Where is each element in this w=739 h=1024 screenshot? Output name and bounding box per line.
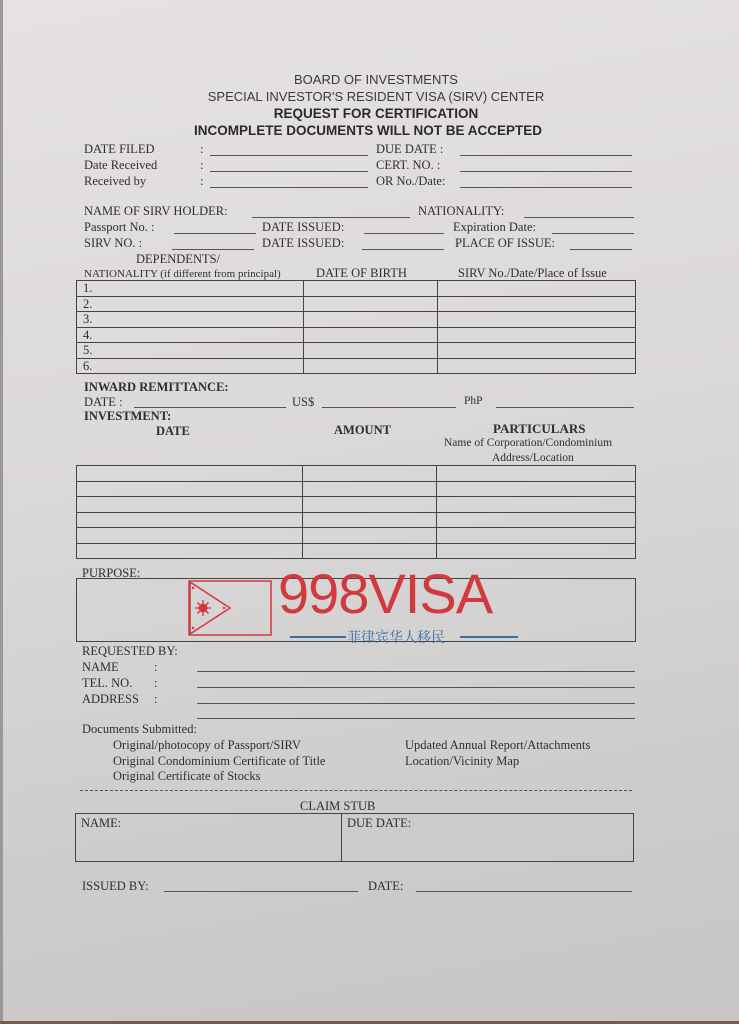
dependent-nationality-cell[interactable]: 3. [77,312,304,328]
requester-address-field-2[interactable] [197,718,635,719]
dependent-row: 5. [77,343,636,359]
dependent-dob-cell[interactable] [303,281,438,297]
requester-name-label: NAME [82,660,119,675]
investment-date-cell[interactable] [77,497,303,513]
dependents-col-sirv: SIRV No./Date/Place of Issue [458,266,607,281]
place-of-issue-label: PLACE OF ISSUE: [455,236,555,251]
investment-amount-cell[interactable] [302,466,437,482]
dependent-nationality-cell[interactable]: 6. [77,358,304,374]
dependent-dob-cell[interactable] [303,343,438,359]
dependent-row: 4. [77,327,636,343]
document-item: Original/photocopy of Passport/SIRV [113,738,301,753]
investment-amount-cell[interactable] [302,481,437,497]
nationality-field[interactable] [524,217,634,218]
paper-edge-left [0,0,3,1024]
form-title: REQUEST FOR CERTIFICATION [0,106,739,121]
investment-row [77,528,636,544]
claim-date-label: DATE: [368,879,403,894]
cert-no-label: CERT. NO. : [376,158,440,173]
agency-name: BOARD OF INVESTMENTS [0,72,739,87]
watermark-rule-right [460,636,518,638]
watermark-brand: 998VISA [278,562,492,626]
dependent-nationality-cell[interactable]: 2. [77,296,304,312]
investment-date-cell[interactable] [77,481,303,497]
nationality-label: NATIONALITY: [418,204,504,219]
investment-row [77,497,636,513]
usd-amount-field[interactable] [322,407,456,408]
investment-particulars-cell[interactable] [437,497,636,513]
requester-tel-field[interactable] [197,687,635,688]
place-of-issue-field[interactable] [570,249,632,250]
sirv-no-label: SIRV NO. : [84,236,142,251]
cert-no-field[interactable] [460,171,632,172]
dependents-heading: DEPENDENTS/ [136,252,220,267]
cut-line [80,790,632,791]
requester-tel-label: TEL. NO. [82,676,132,691]
dependent-sirv-cell[interactable] [438,343,636,359]
claim-name-label: NAME: [81,816,121,831]
requested-by-heading: REQUESTED BY: [82,644,178,659]
document-item: Location/Vicinity Map [405,754,519,769]
dependent-dob-cell[interactable] [303,296,438,312]
passport-date-issued-label: DATE ISSUED: [262,220,344,235]
dependent-dob-cell[interactable] [303,327,438,343]
dependent-sirv-cell[interactable] [438,312,636,328]
form-warning: INCOMPLETE DOCUMENTS WILL NOT BE ACCEPTE… [0,123,739,138]
sirv-date-issued-label: DATE ISSUED: [262,236,344,251]
watermark-subtitle: 菲律宾华人移民 [347,627,445,647]
date-received-field[interactable] [210,171,368,172]
investment-amount-cell[interactable] [302,528,437,544]
investment-row [77,543,636,559]
investment-particulars-cell[interactable] [437,466,636,482]
requester-address-label: ADDRESS [82,692,139,707]
sirv-date-issued-field[interactable] [362,249,444,250]
investment-date-cell[interactable] [77,543,303,559]
investment-date-cell[interactable] [77,512,303,528]
or-no-date-field[interactable] [460,187,632,188]
dependent-sirv-cell[interactable] [438,296,636,312]
philippine-flag-icon [188,580,274,638]
received-by-label: Received by [84,174,146,189]
document-item: Original Condominium Certificate of Titl… [113,754,325,769]
investment-date-cell[interactable] [77,466,303,482]
claim-stub-title: CLAIM STUB [300,799,375,814]
investment-row [77,512,636,528]
investment-amount-cell[interactable] [302,512,437,528]
investment-row [77,481,636,497]
claim-stub-divider [341,814,342,861]
dependent-nationality-cell[interactable]: 1. [77,281,304,297]
claim-date-field[interactable] [416,891,632,892]
remittance-date-label: DATE : [84,395,123,410]
passport-no-label: Passport No. : [84,220,155,235]
watermark-rule-left [290,636,346,638]
investment-particulars-cell[interactable] [437,481,636,497]
particulars-sub2: Address/Location [492,452,574,464]
investment-col-particulars: PARTICULARS [493,421,585,437]
investment-particulars-cell[interactable] [437,543,636,559]
documents-heading: Documents Submitted: [82,722,197,737]
document-item: Original Certificate of Stocks [113,769,261,784]
php-amount-field[interactable] [496,407,634,408]
investment-date-cell[interactable] [77,528,303,544]
dependent-sirv-cell[interactable] [438,327,636,343]
dependent-row: 2. [77,296,636,312]
colon: : [200,142,203,157]
investment-particulars-cell[interactable] [437,528,636,544]
due-date-label: DUE DATE : [376,142,443,157]
investment-particulars-cell[interactable] [437,512,636,528]
claim-due-date-label: DUE DATE: [347,816,411,831]
investment-col-date: DATE [156,424,190,439]
claim-stub-box: NAME: DUE DATE: [75,813,634,862]
colon: : [154,692,157,707]
issued-by-label: ISSUED BY: [82,879,149,894]
remittance-date-field[interactable] [134,407,286,408]
dependent-sirv-cell[interactable] [438,358,636,374]
dependent-dob-cell[interactable] [303,358,438,374]
date-filed-field[interactable] [210,155,368,156]
sirv-holder-name-label: NAME OF SIRV HOLDER: [84,204,228,219]
received-by-field[interactable] [210,187,368,188]
expiration-date-label: Expiration Date: [453,220,536,235]
dependents-col-nationality: NATIONALITY (if different from principal… [84,268,281,280]
php-label: PhP [464,395,483,407]
issued-by-field[interactable] [164,891,358,892]
colon: : [200,174,203,189]
requester-address-field[interactable] [197,703,635,704]
colon: : [200,158,203,173]
passport-date-issued-field[interactable] [364,233,444,234]
particulars-sub1: Name of Corporation/Condominium [444,437,612,449]
dependent-dob-cell[interactable] [303,312,438,328]
document-item: Updated Annual Report/Attachments [405,738,590,753]
date-filed-label: DATE FILED [84,142,154,157]
sirv-holder-name-field[interactable] [252,217,410,218]
dependent-row: 3. [77,312,636,328]
dependent-row: 1. [77,281,636,297]
investment-col-amount: AMOUNT [334,423,391,438]
colon: : [154,660,157,675]
due-date-field[interactable] [460,155,632,156]
dependent-nationality-cell[interactable]: 5. [77,343,304,359]
dependent-row: 6. [77,358,636,374]
dependent-nationality-cell[interactable]: 4. [77,327,304,343]
dependent-sirv-cell[interactable] [438,281,636,297]
inward-remittance-heading: INWARD REMITTANCE: [84,380,229,395]
date-received-label: Date Received [84,158,157,173]
center-name: SPECIAL INVESTOR'S RESIDENT VISA (SIRV) … [0,89,739,104]
investment-heading: INVESTMENT: [84,409,171,424]
investment-row [77,466,636,482]
or-no-date-label: OR No./Date: [376,174,445,189]
investment-amount-cell[interactable] [302,543,437,559]
passport-no-field[interactable] [174,233,256,234]
investment-amount-cell[interactable] [302,497,437,513]
colon: : [154,676,157,691]
expiration-date-field[interactable] [552,233,634,234]
sirv-no-field[interactable] [172,249,254,250]
dependents-col-dob: DATE OF BIRTH [316,266,407,281]
investment-table [76,465,636,559]
dependents-table: 1.2.3.4.5.6. [76,280,636,374]
requester-name-field[interactable] [197,671,635,672]
usd-label: US$ [292,395,314,410]
